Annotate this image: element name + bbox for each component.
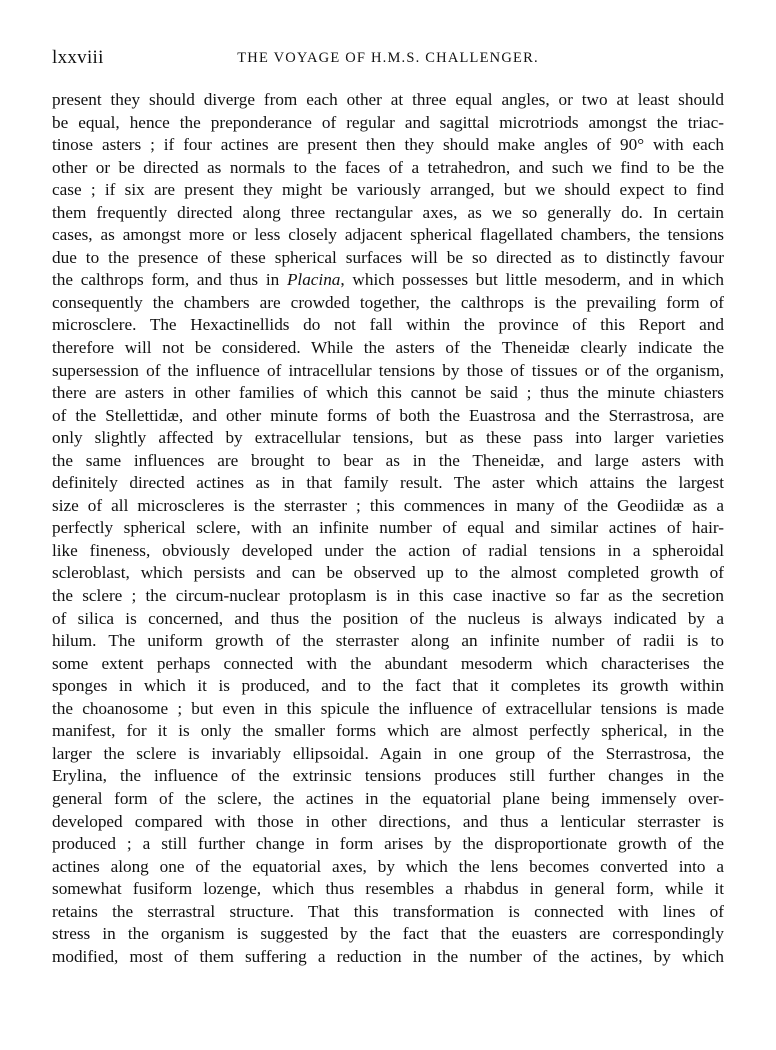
text-line: stress in the organism is suggested by t… (52, 923, 724, 946)
document-page: lxxviii THE VOYAGE OF H.M.S. CHALLENGER.… (0, 0, 776, 1050)
text-line-with-genus: the calthrops form, and thus in Placina,… (52, 269, 724, 292)
text-line: somewhat fusiform lozenge, which thus re… (52, 878, 724, 901)
text-line: microsclere. The Hexactinellids do not f… (52, 314, 724, 337)
page-header: lxxviii THE VOYAGE OF H.M.S. CHALLENGER. (52, 47, 724, 71)
text-line: the sclere ; the circum-nuclear protopla… (52, 585, 724, 608)
text-line: tinose asters ; if four actines are pres… (52, 134, 724, 157)
text-line: modified, most of them suffering a reduc… (52, 946, 724, 969)
text-line: Erylina, the influence of the extrinsic … (52, 765, 724, 788)
text-line: developed compared with those in other d… (52, 811, 724, 834)
text-line: retains the sterrastral structure. That … (52, 901, 724, 924)
text-line: some extent perhaps connected with the a… (52, 653, 724, 676)
genus-name-italic: Placina (287, 270, 340, 289)
text-line: them frequently directed along three rec… (52, 202, 724, 225)
text-line: larger the sclere is invariably ellipsoi… (52, 743, 724, 766)
body-paragraph: present they should diverge from each ot… (52, 89, 724, 968)
text-line: the same influences are brought to bear … (52, 450, 724, 473)
text-line: therefore will not be considered. While … (52, 337, 724, 360)
text-line: there are asters in other families of wh… (52, 382, 724, 405)
text-line: be equal, hence the preponderance of reg… (52, 112, 724, 135)
text-line: size of all microscleres is the sterrast… (52, 495, 724, 518)
text-line: actines along one of the equatorial axes… (52, 856, 724, 879)
text-line: of the Stellettidæ, and other minute for… (52, 405, 724, 428)
text-line: supersession of the influence of intrace… (52, 360, 724, 383)
text-line: the choanosome ; but even in this spicul… (52, 698, 724, 721)
text-line: produced ; a still further change in for… (52, 833, 724, 856)
text-line: present they should diverge from each ot… (52, 89, 724, 112)
running-title: THE VOYAGE OF H.M.S. CHALLENGER. (52, 50, 724, 67)
text-line: consequently the chambers are crowded to… (52, 292, 724, 315)
text-fragment: , which possesses but little mesoderm, a… (340, 270, 724, 289)
text-line: cases, as amongst more or less closely a… (52, 224, 724, 247)
text-line: of silica is concerned, and thus the pos… (52, 608, 724, 631)
text-line: general form of the sclere, the actines … (52, 788, 724, 811)
text-line: due to the presence of these spherical s… (52, 247, 724, 270)
text-line: definitely directed actines as in that f… (52, 472, 724, 495)
text-line: case ; if six are present they might be … (52, 179, 724, 202)
text-line: manifest, for it is only the smaller for… (52, 720, 724, 743)
text-line: like fineness, obviously developed under… (52, 540, 724, 563)
text-fragment: the calthrops form, and thus in (52, 270, 279, 289)
text-line: scleroblast, which persists and can be o… (52, 562, 724, 585)
text-line: other or be directed as normals to the f… (52, 157, 724, 180)
text-line: sponges in which it is produced, and to … (52, 675, 724, 698)
text-line: perfectly spherical sclere, with an infi… (52, 517, 724, 540)
text-line: hilum. The uniform growth of the sterras… (52, 630, 724, 653)
text-line: only slightly affected by extracellular … (52, 427, 724, 450)
